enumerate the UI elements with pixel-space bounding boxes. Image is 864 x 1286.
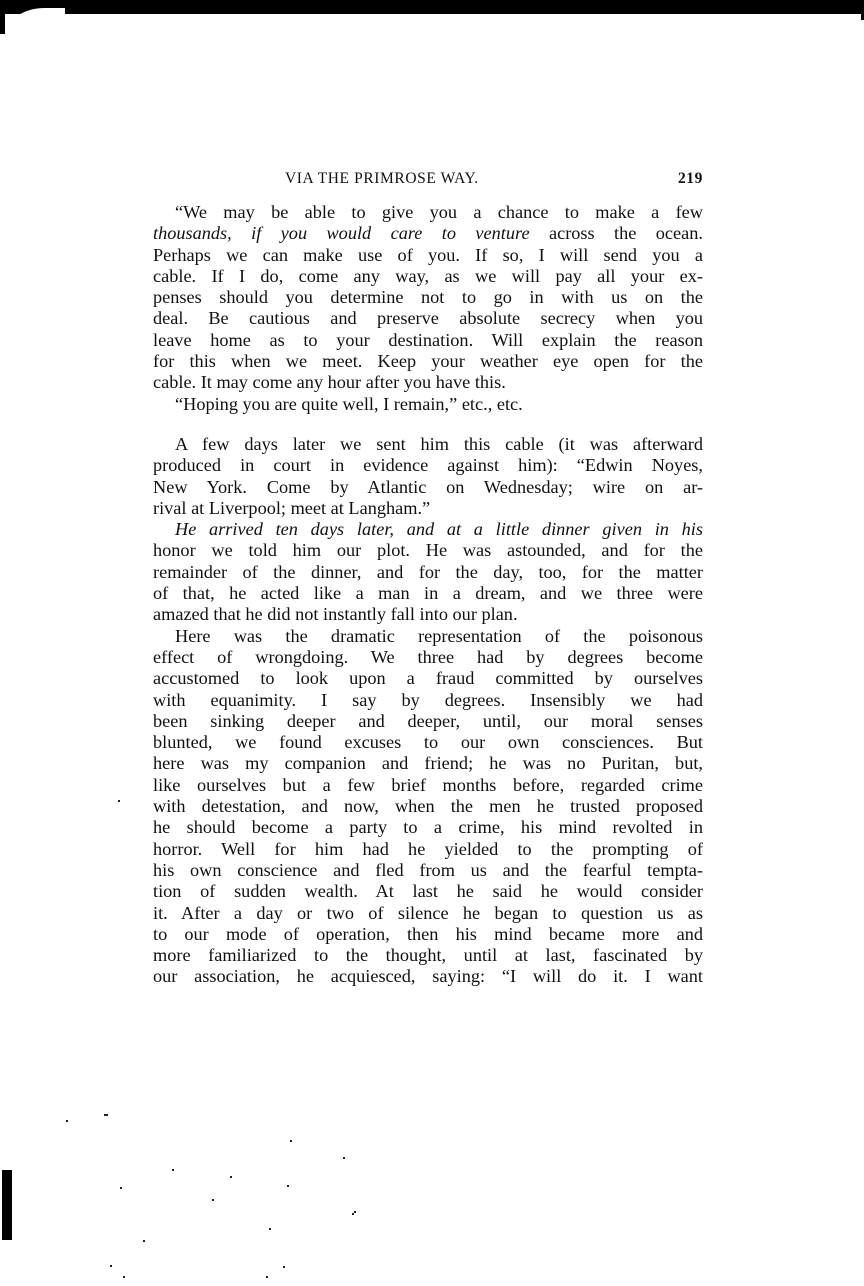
scan-speck (66, 1120, 68, 1122)
text-line: here was my companion and friend; he was… (153, 753, 703, 774)
text-line: “We may be able to give you a chance to … (153, 202, 703, 223)
scan-speck (343, 1157, 345, 1159)
text-line: “Hoping you are quite well, I remain,” e… (153, 394, 703, 415)
text-line: remainder of the dinner, and for the day… (153, 562, 703, 583)
text-line: to our mode of operation, then his mind … (153, 924, 703, 945)
text-line: deal. Be cautious and preserve absolute … (153, 308, 703, 329)
scan-border-left (0, 6, 5, 34)
text-line: thousands, if you would care to venture … (153, 223, 703, 244)
wrongdoing-paragraph: Here was the dramatic representation of … (153, 626, 703, 988)
text-line: Here was the dramatic representation of … (153, 626, 703, 647)
text-line: our association, he acquiesced, saying: … (153, 966, 703, 987)
text-line: tion of sudden wealth. At last he said h… (153, 881, 703, 902)
text-line: horror. Well for him had he yielded to t… (153, 839, 703, 860)
text-line: been sinking deeper and deeper, until, o… (153, 711, 703, 732)
text-line: blunted, we found excuses to our own con… (153, 732, 703, 753)
scan-speck (120, 1187, 122, 1189)
italic-text: thousands, if you would care to venture (153, 223, 530, 243)
scan-speck (172, 1169, 174, 1171)
scan-speck (266, 1276, 268, 1278)
text-line: he should become a party to a crime, his… (153, 817, 703, 838)
book-page: VIA THE PRIMROSE WAY. 219 “We may be abl… (153, 170, 703, 988)
text-line: leave home as to your destination. Will … (153, 330, 703, 351)
scan-speck (118, 800, 120, 802)
running-head: VIA THE PRIMROSE WAY. 219 (153, 170, 703, 196)
scan-speck (290, 1140, 292, 1142)
running-head-title: VIA THE PRIMROSE WAY. (285, 170, 479, 188)
text-line: honor we told him our plot. He was astou… (153, 540, 703, 561)
text-line: produced in court in evidence against hi… (153, 455, 703, 476)
scan-speck (283, 1266, 285, 1268)
scan-speck (269, 1228, 271, 1230)
text-line: He arrived ten days later, and at a litt… (153, 519, 703, 540)
scan-speck (230, 1176, 232, 1178)
body-text: “We may be able to give you a chance to … (153, 202, 703, 988)
page-number: 219 (678, 170, 703, 188)
text-line: amazed that he did not instantly fall in… (153, 604, 703, 625)
text-line: cable. If I do, come any way, as we will… (153, 266, 703, 287)
text-line: cable. It may come any hour after you ha… (153, 372, 703, 393)
cable-paragraph: A few days later we sent him this cable … (153, 434, 703, 519)
text-line: with equanimity. I say by degrees. Insen… (153, 690, 703, 711)
scan-speck (104, 1114, 108, 1116)
italic-text: He arrived ten days later, and at a litt… (175, 519, 703, 539)
text-line: accustomed to look upon a fraud committe… (153, 668, 703, 689)
text-line: Perhaps we can make use of you. If so, I… (153, 245, 703, 266)
scan-border-top (0, 0, 864, 14)
text-line: it. After a day or two of silence he beg… (153, 903, 703, 924)
text-line: effect of wrongdoing. We three had by de… (153, 647, 703, 668)
text-line: rival at Liverpool; meet at Langham.” (153, 498, 703, 519)
text-line: penses should you determine not to go in… (153, 287, 703, 308)
text-line: more familiarized to the thought, until … (153, 945, 703, 966)
text-line: New York. Come by Atlantic on Wednesday;… (153, 477, 703, 498)
scan-speck (212, 1199, 214, 1201)
scan-edge-mark (2, 1170, 12, 1240)
scan-speck (287, 1185, 289, 1187)
letter-body: “We may be able to give you a chance to … (153, 202, 703, 394)
scan-speck (354, 1211, 356, 1213)
arrival-paragraph: He arrived ten days later, and at a litt… (153, 519, 703, 625)
paragraph-gap (153, 415, 703, 434)
scan-speck (123, 1276, 125, 1278)
text-line: A few days later we sent him this cable … (153, 434, 703, 455)
text-line: with detestation, and now, when the men … (153, 796, 703, 817)
text-line: like ourselves but a few brief months be… (153, 775, 703, 796)
text-line: of that, he acted like a man in a dream,… (153, 583, 703, 604)
letter-closing: “Hoping you are quite well, I remain,” e… (153, 394, 703, 415)
text-line: his own conscience and fled from us and … (153, 860, 703, 881)
scan-speck (143, 1240, 145, 1242)
scan-speck (352, 1213, 354, 1215)
text-line: for this when we meet. Keep your weather… (153, 351, 703, 372)
scan-speck (110, 1265, 112, 1267)
